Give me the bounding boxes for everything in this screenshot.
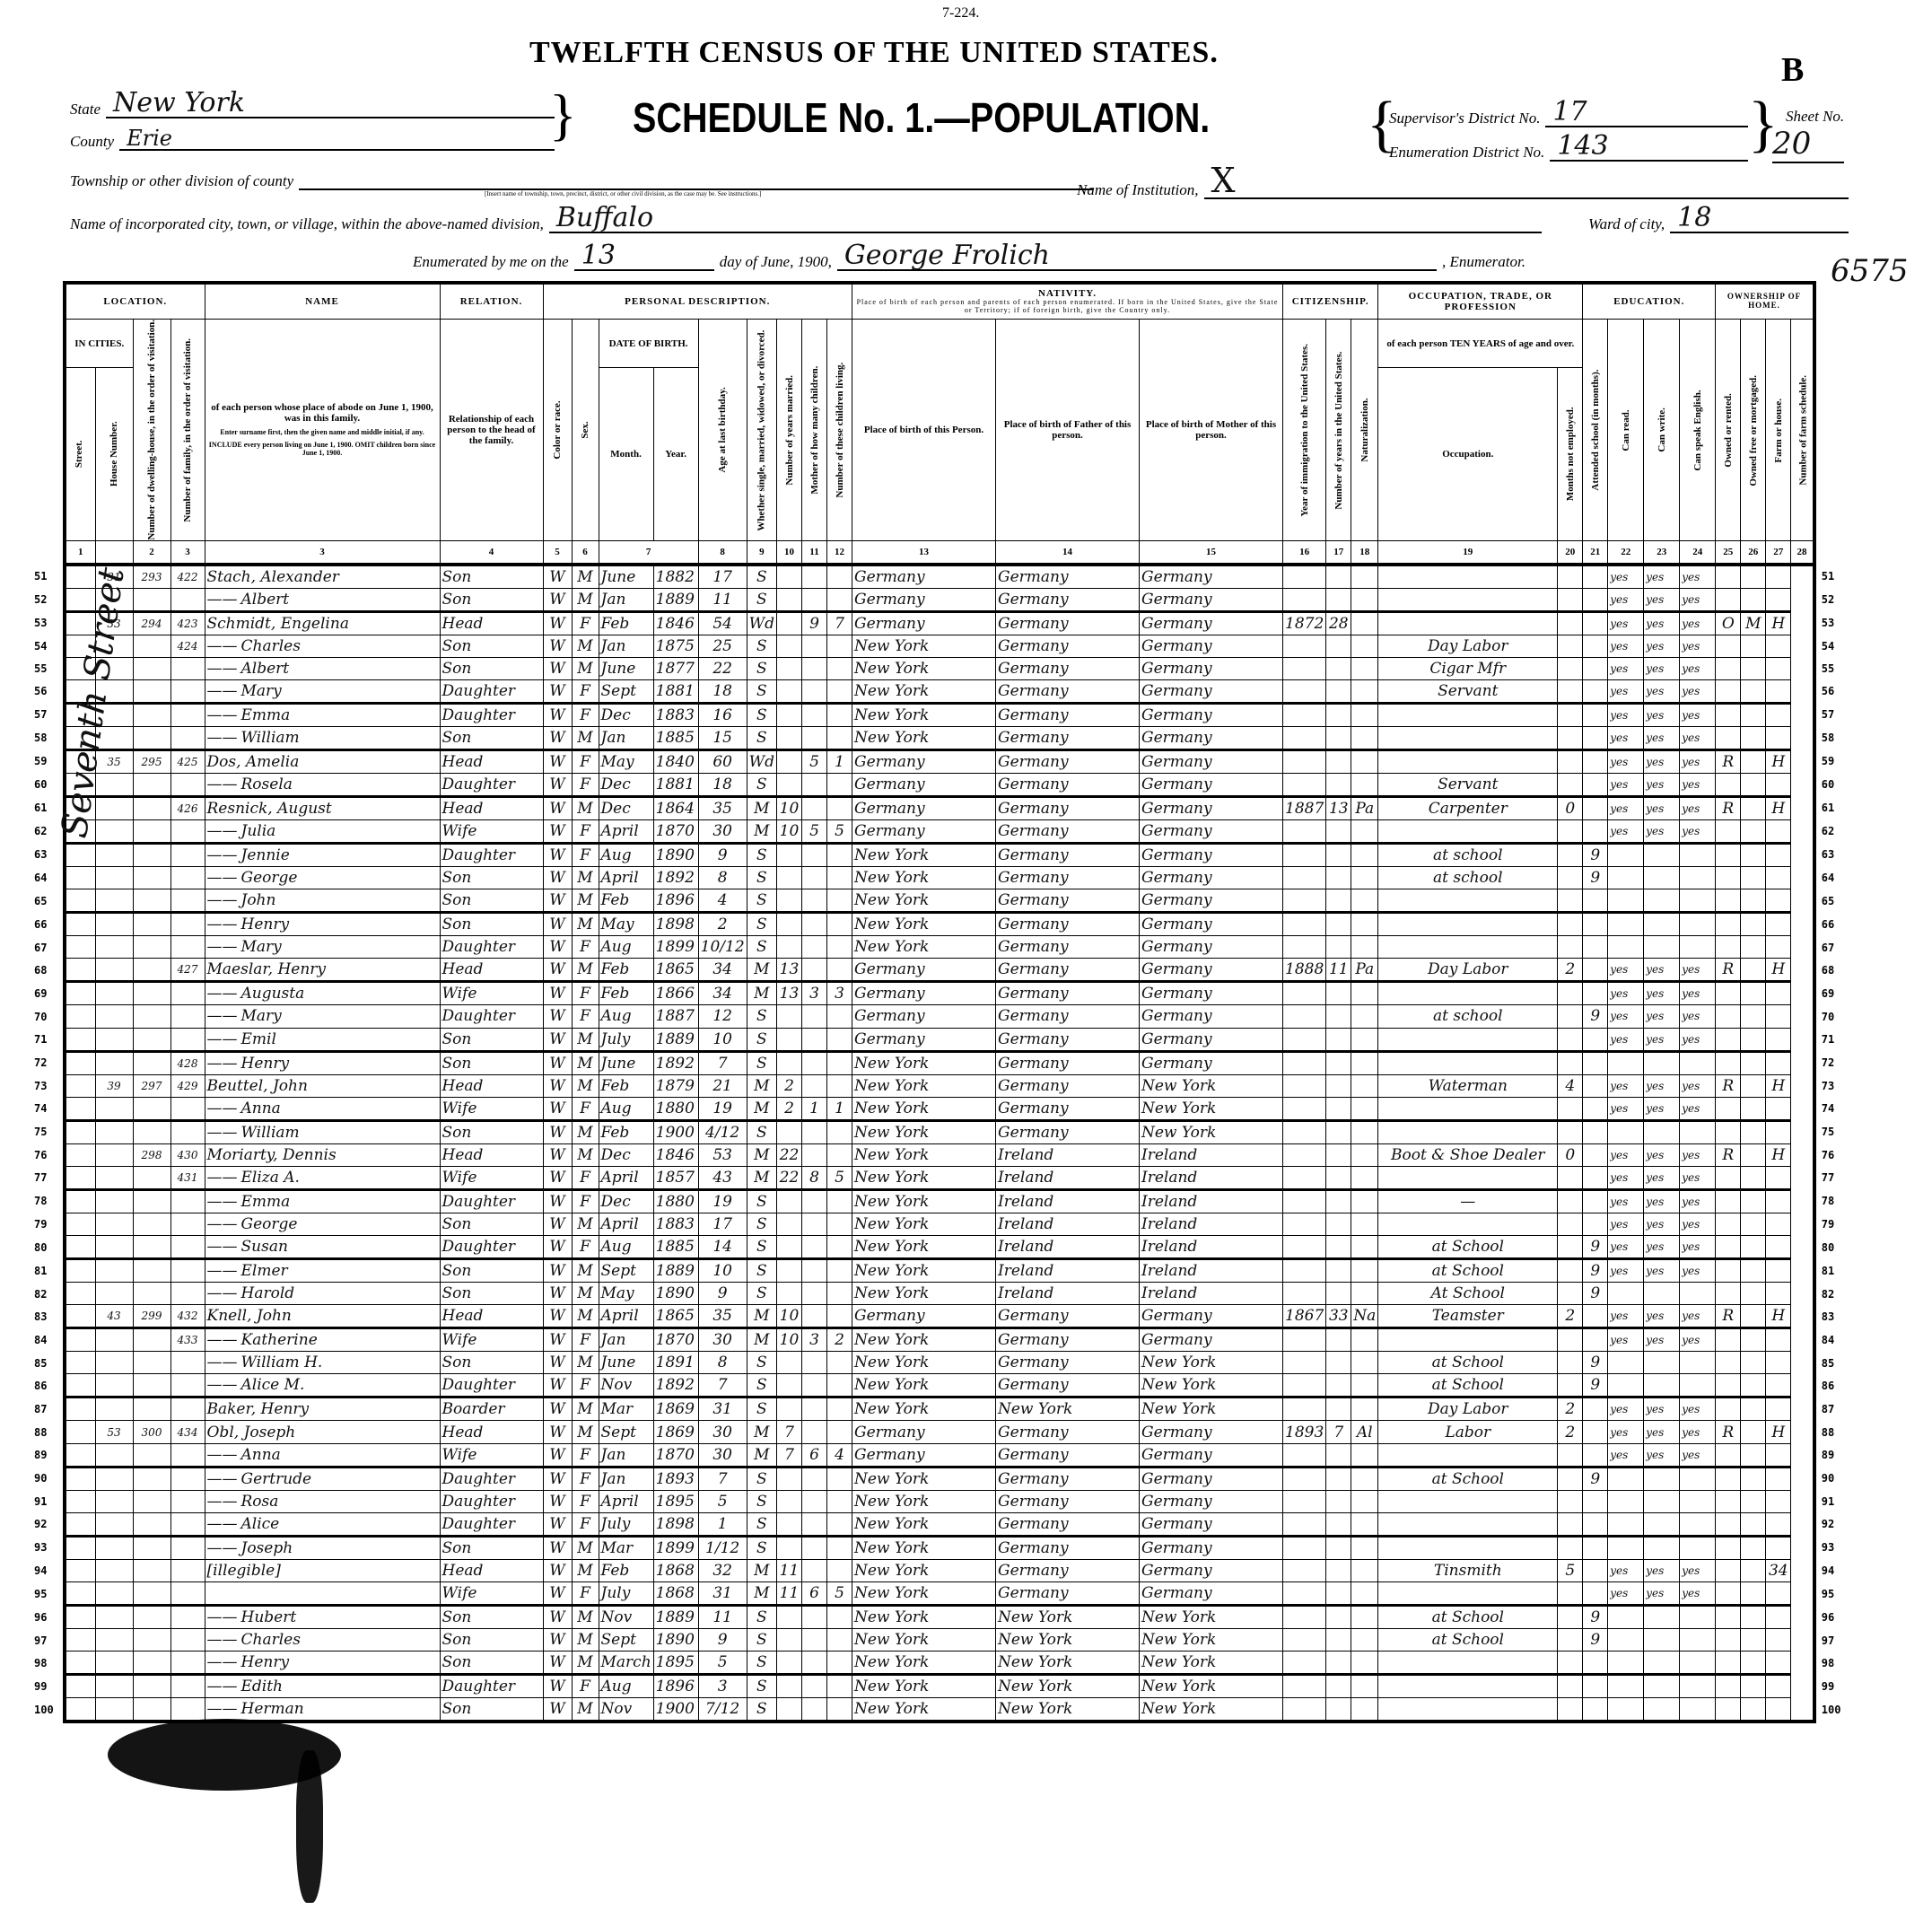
cell-eng: yes [1680,1443,1716,1467]
cell-read [1608,1467,1644,1490]
table-row: 39297429Beuttel, JohnHeadWMFeb187921M2Ne… [65,1074,1814,1097]
cell-relation: Son [440,657,543,679]
cell-yrs [1326,1536,1351,1559]
cell-bf: Germany [996,703,1140,726]
cell-farm [1766,1352,1791,1374]
cell-yrs: 7 [1326,1421,1351,1443]
line-number: 72 [34,1056,47,1069]
cell-ym [777,1213,802,1235]
cell-marital: S [747,1467,776,1490]
cell-sex: M [572,1652,599,1675]
cell-free [1741,1490,1766,1512]
cell-free [1741,703,1766,726]
cell-age: 15 [698,726,747,749]
cell-occ [1378,1213,1558,1235]
cell-ym [777,703,802,726]
cell-unemp [1558,1536,1583,1559]
line-number: 75 [34,1126,47,1138]
schedule-title: SCHEDULE No. 1.—POPULATION. [633,93,1210,142]
cell-street [65,1397,95,1421]
cell-occ [1378,819,1558,843]
attended-school-header: Attended school (in months). [1583,320,1608,541]
line-number: 95 [34,1588,47,1600]
cell-yrs [1326,936,1351,959]
cell-unemp [1558,1283,1583,1305]
cell-write: yes [1644,657,1680,679]
cell-ym: 2 [777,1074,802,1097]
cell-write: yes [1644,1305,1680,1328]
cell-street [65,1374,95,1397]
cell-eng [1680,1675,1716,1698]
cell-marital: S [747,1698,776,1722]
cell-own [1716,773,1741,796]
cell-street [65,1166,95,1189]
cell-color: W [543,982,572,1005]
cell-bf: Ireland [996,1166,1140,1189]
cell-ym: 7 [777,1421,802,1443]
cell-farm: 34 [1766,1559,1791,1581]
cell-mo [802,773,827,796]
cell-sex: M [572,1028,599,1051]
cell-unemp [1558,703,1583,726]
cell-read: yes [1608,1189,1644,1213]
cell-nat [1351,866,1378,889]
cell-unemp [1558,1213,1583,1235]
cell-age: 11 [698,588,747,611]
cell-color: W [543,1652,572,1675]
cell-sex: F [572,1189,599,1213]
cell-nat [1351,1443,1378,1467]
cell-ym [777,1352,802,1374]
cell-sch [1583,1074,1608,1097]
line-number: 87 [1822,1403,1834,1415]
cell-farm [1766,565,1791,589]
family-number-header: Number of family, in the order of visita… [170,320,205,541]
line-number: 70 [1822,1011,1834,1023]
cell-marital: S [747,726,776,749]
cell-house [95,819,133,843]
cell-dwelling [133,866,170,889]
cell-year: 1890 [653,1629,698,1652]
cell-relation: Head [440,959,543,982]
cell-eng: yes [1680,749,1716,773]
cell-own [1716,1467,1741,1490]
cell-sex: M [572,1559,599,1581]
cell-color: W [543,1512,572,1536]
cell-color: W [543,1421,572,1443]
cell-occ [1378,1675,1558,1698]
cell-ym: 10 [777,796,802,819]
cell-relation: Daughter [440,1374,543,1397]
cell-imm [1283,1512,1326,1536]
cell-year: 1889 [653,1606,698,1629]
cell-yrs [1326,1352,1351,1374]
cell-name: Jennie [205,843,440,866]
cell-month: May [599,913,653,936]
line-number: 61 [1822,802,1834,814]
cell-family [170,588,205,611]
cell-month: Mar [599,1397,653,1421]
cell-sex: M [572,565,599,589]
cell-relation: Head [440,611,543,635]
cell-ch [827,1213,852,1235]
cell-sch [1583,726,1608,749]
cell-house [95,1283,133,1305]
cell-ch: 1 [827,1097,852,1120]
cell-sex: M [572,889,599,913]
cell-sex: M [572,1259,599,1283]
table-row: Baker, HenryBoarderWMMar186931SNew YorkN… [65,1397,1814,1421]
cell-free [1741,1259,1766,1283]
cell-own [1716,1443,1741,1467]
ward-label: Ward of city, [1588,215,1665,233]
cell-yrs [1326,1213,1351,1235]
cell-color: W [543,1467,572,1490]
cell-own [1716,726,1741,749]
cell-bp: New York [852,1606,996,1629]
cell-write [1644,1536,1680,1559]
cell-color: W [543,1559,572,1581]
cell-own: R [1716,1074,1741,1097]
cell-house [95,1328,133,1352]
cell-write [1644,1698,1680,1722]
cell-family [170,1236,205,1259]
cell-sex: M [572,1536,599,1559]
cell-read: yes [1608,679,1644,703]
cell-read: yes [1608,1236,1644,1259]
cell-color: W [543,588,572,611]
column-number: 20 [1558,540,1583,565]
cell-imm [1283,635,1326,657]
cell-dwelling [133,796,170,819]
line-number: 54 [34,640,47,653]
cell-street [65,1213,95,1235]
cell-eng: yes [1680,1236,1716,1259]
cell-nat: Pa [1351,796,1378,819]
table-row: HenrySonWMMarch18955SNew YorkNew YorkNew… [65,1652,1814,1675]
cell-ym [777,749,802,773]
cell-bp: New York [852,889,996,913]
cell-ym: 7 [777,1443,802,1467]
line-number: 79 [34,1218,47,1231]
cell-occ [1378,565,1558,589]
line-number: 99 [34,1680,47,1693]
enumerated-day: 13 [574,242,714,271]
cell-year: 1895 [653,1652,698,1675]
cell-family: 424 [170,635,205,657]
cell-family [170,1189,205,1213]
cell-unemp [1558,1467,1583,1490]
cell-bf: Ireland [996,1283,1140,1305]
occupation-title: OCCUPATION, TRADE, OR PROFESSION [1380,291,1580,312]
cell-bp: Germany [852,1443,996,1467]
cell-free [1741,1443,1766,1467]
cell-write: yes [1644,982,1680,1005]
cell-nat: Na [1351,1305,1378,1328]
cell-year: 1846 [653,1143,698,1166]
cell-relation: Wife [440,982,543,1005]
cell-month: June [599,1051,653,1074]
cell-ym [777,889,802,913]
line-number: 59 [1822,755,1834,767]
cell-mo: 1 [802,1097,827,1120]
cell-unemp [1558,1490,1583,1512]
cell-mo: 5 [802,819,827,843]
cell-read: yes [1608,703,1644,726]
cell-free [1741,635,1766,657]
table-row: HaroldSonWMMay18909SNew YorkIrelandIrela… [65,1283,1814,1305]
cell-age: 60 [698,749,747,773]
line-number: 68 [34,964,47,977]
cell-age: 1 [698,1512,747,1536]
cell-dwelling [133,1120,170,1143]
cell-family [170,843,205,866]
cell-name: George [205,1213,440,1235]
cell-relation: Wife [440,1097,543,1120]
cell-write: yes [1644,1397,1680,1421]
cell-dwelling: 298 [133,1143,170,1166]
cell-bm: Germany [1140,588,1283,611]
cell-street [65,1629,95,1652]
cell-eng: yes [1680,635,1716,657]
cell-sex: F [572,1166,599,1189]
cell-name: William [205,1120,440,1143]
cell-own [1716,657,1741,679]
cell-write [1644,1606,1680,1629]
column-number [95,540,133,565]
cell-write: yes [1644,796,1680,819]
cell-mo: 6 [802,1582,827,1606]
cell-bm: Germany [1140,703,1283,726]
cell-age: 12 [698,1005,747,1028]
cell-farm [1766,1328,1791,1352]
cell-bf: Ireland [996,1259,1140,1283]
cell-color: W [543,866,572,889]
cell-bp: New York [852,1259,996,1283]
cell-write: yes [1644,1143,1680,1166]
cell-street [65,1074,95,1097]
cell-unemp [1558,1236,1583,1259]
cell-bm: Germany [1140,843,1283,866]
cell-eng: yes [1680,1166,1716,1189]
cell-color: W [543,796,572,819]
cell-nat [1351,1606,1378,1629]
line-number: 76 [1822,1149,1834,1161]
cell-ch: 2 [827,1328,852,1352]
state-county-brace: } [549,86,577,144]
cell-bf: Germany [996,1536,1140,1559]
institution-value: X [1204,163,1849,199]
cell-nat [1351,1328,1378,1352]
cell-relation: Son [440,1606,543,1629]
cell-occ [1378,1512,1558,1536]
cell-yrs [1326,1374,1351,1397]
cell-sch [1583,565,1608,589]
cell-sex: F [572,749,599,773]
cell-color: W [543,1259,572,1283]
cell-unemp [1558,1374,1583,1397]
cell-sex: F [572,1328,599,1352]
line-number: 78 [1822,1195,1834,1207]
cell-sch [1583,588,1608,611]
cell-free [1741,819,1766,843]
cell-sex: M [572,866,599,889]
cell-ym [777,1397,802,1421]
cell-nat [1351,635,1378,657]
cell-name: Harold [205,1283,440,1305]
cell-occ [1378,703,1558,726]
cell-ym [777,1675,802,1698]
cell-age: 2 [698,913,747,936]
cell-read: yes [1608,796,1644,819]
cell-family: 426 [170,796,205,819]
cell-name: Emil [205,1028,440,1051]
cell-name: Schmidt, Engelina [205,611,440,635]
line-number: 90 [1822,1472,1834,1485]
line-number: 92 [34,1518,47,1530]
cell-month: July [599,1028,653,1051]
name-group-header: NAME [205,283,440,320]
cell-own: R [1716,1143,1741,1166]
cell-nat [1351,679,1378,703]
house-number-header: House Number. [95,368,133,540]
cell-imm: 1888 [1283,959,1326,982]
cell-color: W [543,843,572,866]
line-number: 87 [34,1403,47,1415]
cell-dwelling [133,1051,170,1074]
cell-nat [1351,1189,1378,1213]
cell-own [1716,1559,1741,1581]
cell-farm [1766,773,1791,796]
cell-ch [827,726,852,749]
cell-house [95,1213,133,1235]
cell-bf: Germany [996,635,1140,657]
cell-free [1741,1028,1766,1051]
cell-bp: New York [852,1490,996,1512]
cell-free [1741,1074,1766,1097]
cell-bm: Germany [1140,1512,1283,1536]
cell-house [95,1189,133,1213]
cell-ym [777,1490,802,1512]
cell-sch [1583,1490,1608,1512]
cell-marital: Wd [747,611,776,635]
cell-ym [777,1629,802,1652]
table-row: 31293422Stach, AlexanderSonWMJune188217S… [65,565,1814,589]
cell-sex: M [572,1352,599,1374]
cell-bm: Ireland [1140,1236,1283,1259]
cell-yrs [1326,703,1351,726]
cell-month: Nov [599,1698,653,1722]
cell-free [1741,1698,1766,1722]
table-row: 428HenrySonWMJune18927SNew YorkGermanyGe… [65,1051,1814,1074]
cell-own [1716,913,1741,936]
cell-own [1716,819,1741,843]
table-row: MaryDaughterWFAug188712SGermanyGermanyGe… [65,1005,1814,1028]
cell-mo: 6 [802,1443,827,1467]
table-row: Alice M.DaughterWFNov18927SNew YorkGerma… [65,1374,1814,1397]
cell-imm [1283,588,1326,611]
cell-write [1644,1051,1680,1074]
cell-marital: M [747,1582,776,1606]
can-read-header: Can read. [1608,320,1644,541]
cell-eng: yes [1680,1005,1716,1028]
cell-nat [1351,1675,1378,1698]
can-speak-english-header: Can speak English. [1680,320,1716,541]
cell-own [1716,1512,1741,1536]
cell-eng [1680,866,1716,889]
cell-read: yes [1608,1005,1644,1028]
cell-farm [1766,1652,1791,1675]
cell-sex: M [572,635,599,657]
cell-relation: Son [440,588,543,611]
cell-marital: M [747,1305,776,1328]
cell-occ: at school [1378,843,1558,866]
cell-yrs [1326,1189,1351,1213]
cell-bf: Germany [996,1120,1140,1143]
cell-marital: S [747,866,776,889]
cell-occ [1378,1698,1558,1722]
cell-age: 11 [698,1606,747,1629]
cell-relation: Son [440,726,543,749]
cell-free [1741,1305,1766,1328]
cell-yrs: 33 [1326,1305,1351,1328]
cell-own [1716,1698,1741,1722]
line-number: 92 [1822,1518,1834,1530]
cell-yrs [1326,1559,1351,1581]
nativity-desc: Place of birth of each person and parent… [854,299,1281,315]
cell-color: W [543,889,572,913]
cell-bm: Ireland [1140,1283,1283,1305]
table-row: 298430Moriarty, DennisHeadWMDec184653M22… [65,1143,1814,1166]
cell-family [170,1559,205,1581]
cell-bf: Germany [996,889,1140,913]
cell-free [1741,1397,1766,1421]
cell-farm [1766,1675,1791,1698]
cell-month: Sept [599,1259,653,1283]
cell-ch [827,588,852,611]
line-number: 58 [1822,732,1834,744]
cell-sex: F [572,843,599,866]
table-row: RosaDaughterWFApril18955SNew YorkGermany… [65,1490,1814,1512]
cell-bm: Germany [1140,635,1283,657]
cell-ym: 13 [777,959,802,982]
cell-house [95,959,133,982]
cell-ch [827,1189,852,1213]
cell-dwelling [133,913,170,936]
cell-nat [1351,819,1378,843]
cell-ch [827,703,852,726]
cell-yrs [1326,1005,1351,1028]
line-number: 65 [1822,895,1834,907]
institution-label: Name of Institution, [1077,181,1199,199]
cell-relation: Daughter [440,1675,543,1698]
table-row: ElmerSonWMSept188910SNew YorkIrelandIrel… [65,1259,1814,1283]
line-number: 55 [1822,662,1834,675]
cell-family [170,1698,205,1722]
cell-free [1741,1559,1766,1581]
cell-write [1644,1652,1680,1675]
cell-ym [777,1259,802,1283]
cell-family [170,1652,205,1675]
cell-occ [1378,913,1558,936]
cell-relation: Son [440,1120,543,1143]
cell-family [170,982,205,1005]
cell-month: April [599,1213,653,1235]
census-title: TWELFTH CENSUS OF THE UNITED STATES. [529,36,1219,70]
cell-read [1608,913,1644,936]
cell-farm [1766,703,1791,726]
cell-bf: Germany [996,773,1140,796]
